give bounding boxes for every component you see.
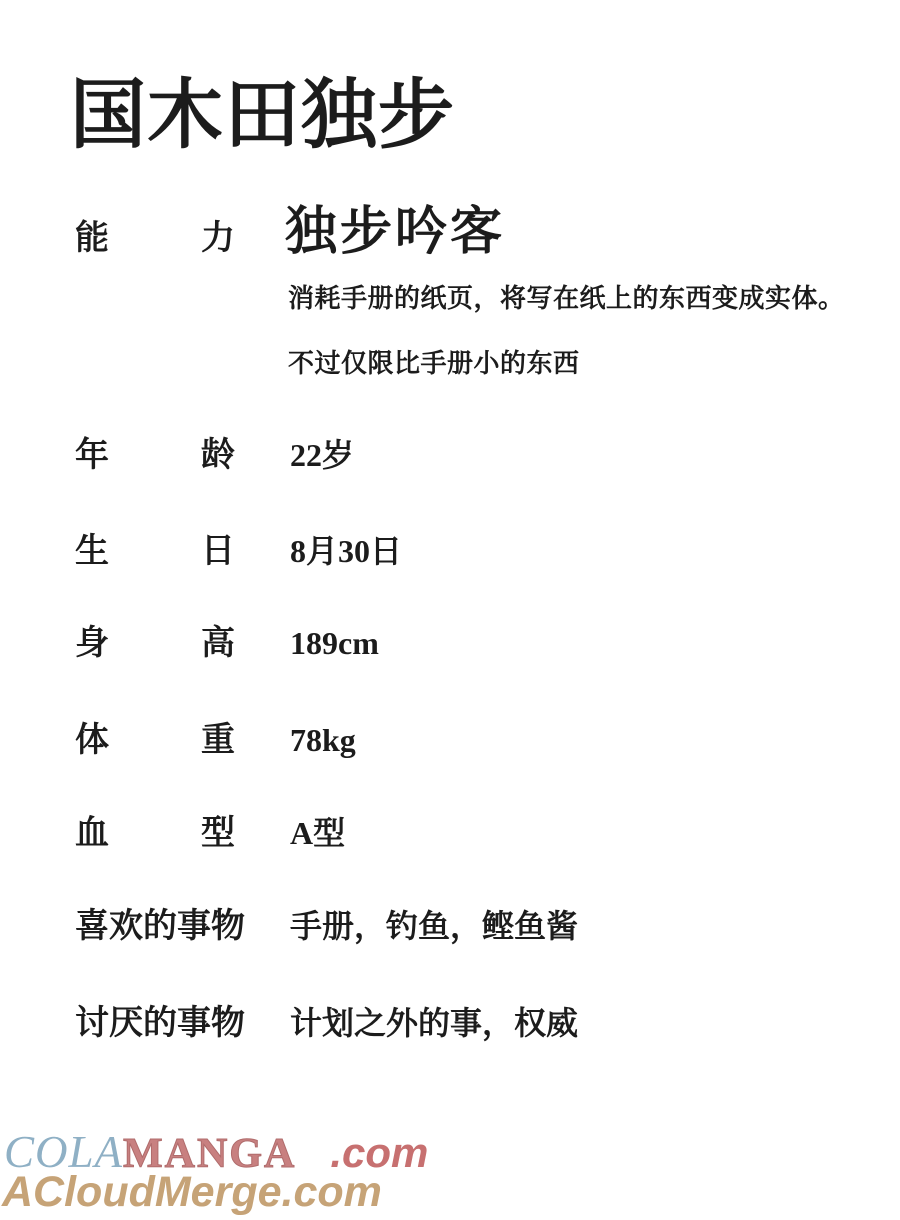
birthday-label-char-1: 生 bbox=[75, 532, 109, 573]
blood-type-value: A型 bbox=[290, 814, 345, 852]
weight-label: 体 重 bbox=[75, 721, 235, 762]
dislikes-label: 讨厌的事物 bbox=[75, 1004, 235, 1045]
ability-name: 独步吟客 bbox=[285, 202, 505, 264]
age-value: 22岁 bbox=[290, 436, 354, 474]
dislikes-row: 讨厌的事物 计划之外的事，权威 bbox=[75, 1004, 578, 1045]
birthday-row: 生 日 8月30日 bbox=[75, 532, 402, 573]
likes-value: 手册，钓鱼，鲣鱼酱 bbox=[290, 907, 578, 945]
weight-row: 体 重 78kg bbox=[75, 721, 356, 762]
birthday-label: 生 日 bbox=[75, 532, 235, 573]
ability-description-line-2: 不过仅限比手册小的东西 bbox=[288, 348, 580, 379]
likes-label-text: 喜欢的事物 bbox=[75, 907, 245, 948]
blood-type-row: 血 型 A型 bbox=[75, 814, 345, 855]
blood-type-label-char-1: 血 bbox=[75, 814, 109, 855]
likes-row: 喜欢的事物 手册，钓鱼，鲣鱼酱 bbox=[75, 907, 578, 948]
age-row: 年 龄 22岁 bbox=[75, 436, 354, 477]
age-label-char-2: 龄 bbox=[201, 436, 235, 477]
blood-type-label: 血 型 bbox=[75, 814, 235, 855]
birthday-value: 8月30日 bbox=[290, 532, 402, 570]
birthday-label-char-2: 日 bbox=[201, 532, 235, 573]
page-title: 国木田独步 bbox=[70, 78, 455, 154]
ability-label-char-1: 能 bbox=[75, 219, 109, 260]
dislikes-label-text: 讨厌的事物 bbox=[75, 1004, 245, 1045]
likes-label: 喜欢的事物 bbox=[75, 907, 235, 948]
weight-value: 78kg bbox=[290, 721, 356, 759]
height-value: 189cm bbox=[290, 624, 379, 662]
ability-description-line-1: 消耗手册的纸页，将写在纸上的东西变成实体。 bbox=[288, 283, 845, 314]
dislikes-value: 计划之外的事，权威 bbox=[290, 1004, 578, 1042]
ability-row: 能 力 独步吟客 bbox=[75, 202, 505, 264]
height-label: 身 高 bbox=[75, 624, 235, 665]
age-label: 年 龄 bbox=[75, 436, 235, 477]
age-label-char-1: 年 bbox=[75, 436, 109, 477]
height-label-char-2: 高 bbox=[201, 624, 235, 665]
ability-label: 能 力 bbox=[75, 219, 235, 260]
blood-type-label-char-2: 型 bbox=[201, 814, 235, 855]
acloudmerge-watermark: ACloudMerge.com bbox=[2, 1168, 382, 1217]
ability-label-char-2: 力 bbox=[201, 219, 235, 260]
height-row: 身 高 189cm bbox=[75, 624, 379, 665]
height-label-char-1: 身 bbox=[75, 624, 109, 665]
character-profile-page: 国木田独步 能 力 独步吟客 消耗手册的纸页，将写在纸上的东西变成实体。 不过仅… bbox=[0, 0, 900, 1220]
weight-label-char-1: 体 bbox=[75, 721, 109, 762]
weight-label-char-2: 重 bbox=[201, 721, 235, 762]
